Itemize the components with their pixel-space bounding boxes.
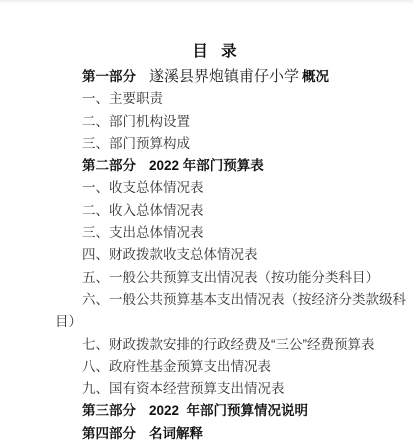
toc-item-continuation: 目）	[55, 311, 375, 333]
part2-title: 2022 年部门预算表	[149, 158, 264, 173]
toc-item: 四、财政拨款收支总体情况表	[55, 244, 375, 266]
part1-label: 第一部分	[82, 69, 136, 84]
toc-item: 二、部门机构设置	[55, 111, 375, 133]
page-top-edge	[0, 0, 413, 4]
toc-item: 二、收入总体情况表	[55, 200, 375, 222]
part1-org-name: 遂溪县界炮镇甫仔小学	[149, 69, 299, 85]
part4-label: 第四部分	[82, 426, 136, 441]
part4-title: 名词解释	[149, 426, 203, 441]
part2-heading: 第二部分2022 年部门预算表	[55, 155, 375, 177]
toc-item: 九、国有资本经营预算支出情况表	[55, 378, 375, 400]
toc-item: 五、一般公共预算支出情况表（按功能分类科目）	[55, 267, 375, 289]
part1-heading: 第一部分遂溪县界炮镇甫仔小学概况	[55, 66, 375, 88]
toc-item: 三、部门预算构成	[55, 133, 375, 155]
toc-item: 三、支出总体情况表	[55, 222, 375, 244]
toc-item: 八、政府性基金预算支出情况表	[55, 356, 375, 378]
document-page: 目 录 第一部分遂溪县界炮镇甫仔小学概况 一、主要职责 二、部门机构设置 三、部…	[0, 0, 413, 447]
part4-heading: 第四部分名词解释	[55, 423, 375, 445]
part3-label: 第三部分	[82, 403, 136, 418]
part3-title: 2022 年部门预算情况说明	[149, 403, 308, 418]
toc-item: 一、收支总体情况表	[55, 177, 375, 199]
toc-item: 七、财政拨款安排的行政经费及“三公”经费预算表	[55, 334, 375, 356]
doc-title: 目 录	[55, 40, 375, 64]
part2-label: 第二部分	[82, 158, 136, 173]
part3-heading: 第三部分2022 年部门预算情况说明	[55, 400, 375, 422]
toc-content: 目 录 第一部分遂溪县界炮镇甫仔小学概况 一、主要职责 二、部门机构设置 三、部…	[0, 0, 413, 445]
toc-item: 一、主要职责	[55, 88, 375, 110]
part1-suffix: 概况	[302, 69, 329, 84]
toc-item: 六、一般公共预算基本支出情况表（按经济分类款级科	[55, 289, 375, 311]
